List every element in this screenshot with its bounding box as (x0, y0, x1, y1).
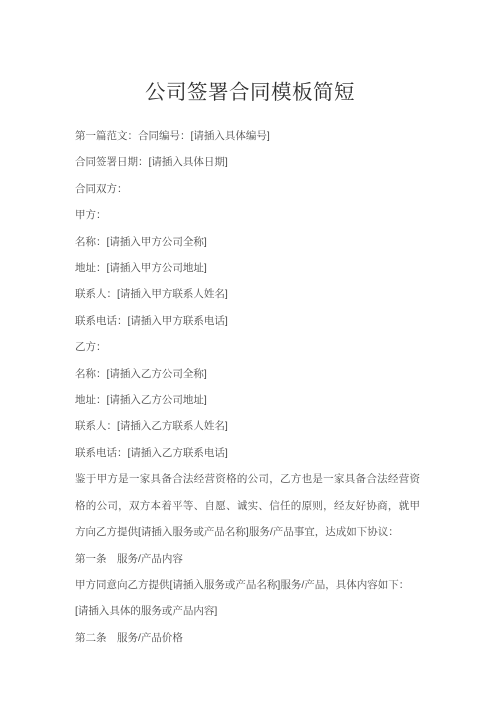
clause-1-heading: 第一条 服务/产品内容 (75, 546, 420, 572)
clause-2-heading: 第二条 服务/产品价格 (75, 625, 420, 651)
party-a-name-line: 名称：[请插入甲方公司全称] (75, 229, 420, 255)
parties-heading: 合同双方： (75, 176, 420, 202)
party-b-contact-line: 联系人：[请插入乙方联系人姓名] (75, 413, 420, 439)
contract-number-line: 第一篇范文：合同编号：[请插入具体编号] (75, 123, 420, 149)
document-title: 公司签署合同模板简短 (0, 80, 500, 105)
party-a-address-line: 地址：[请插入甲方公司地址] (75, 255, 420, 281)
clause-1-placeholder: [请插入具体的服务或产品内容] (75, 598, 420, 624)
preamble-paragraph: 鉴于甲方是一家具备合法经营资格的公司，乙方也是一家具备合法经营资格的公司，双方本… (75, 466, 420, 545)
party-b-phone-line: 联系电话：[请插入乙方联系电话] (75, 440, 420, 466)
signing-date-line: 合同签署日期：[请插入具体日期] (75, 149, 420, 175)
party-a-phone-line: 联系电话：[请插入甲方联系电话] (75, 308, 420, 334)
party-b-name-line: 名称：[请插入乙方公司全称] (75, 361, 420, 387)
party-b-address-line: 地址：[请插入乙方公司地址] (75, 387, 420, 413)
document-page: 公司签署合同模板简短 第一篇范文：合同编号：[请插入具体编号]合同签署日期：[请… (0, 0, 500, 707)
party-a-heading: 甲方： (75, 202, 420, 228)
clause-1-body-line: 甲方同意向乙方提供[请插入服务或产品名称]服务/产品，具体内容如下： (75, 572, 420, 598)
party-b-heading: 乙方： (75, 334, 420, 360)
document-body: 第一篇范文：合同编号：[请插入具体编号]合同签署日期：[请插入具体日期]合同双方… (0, 105, 500, 651)
party-a-contact-line: 联系人：[请插入甲方联系人姓名] (75, 281, 420, 307)
